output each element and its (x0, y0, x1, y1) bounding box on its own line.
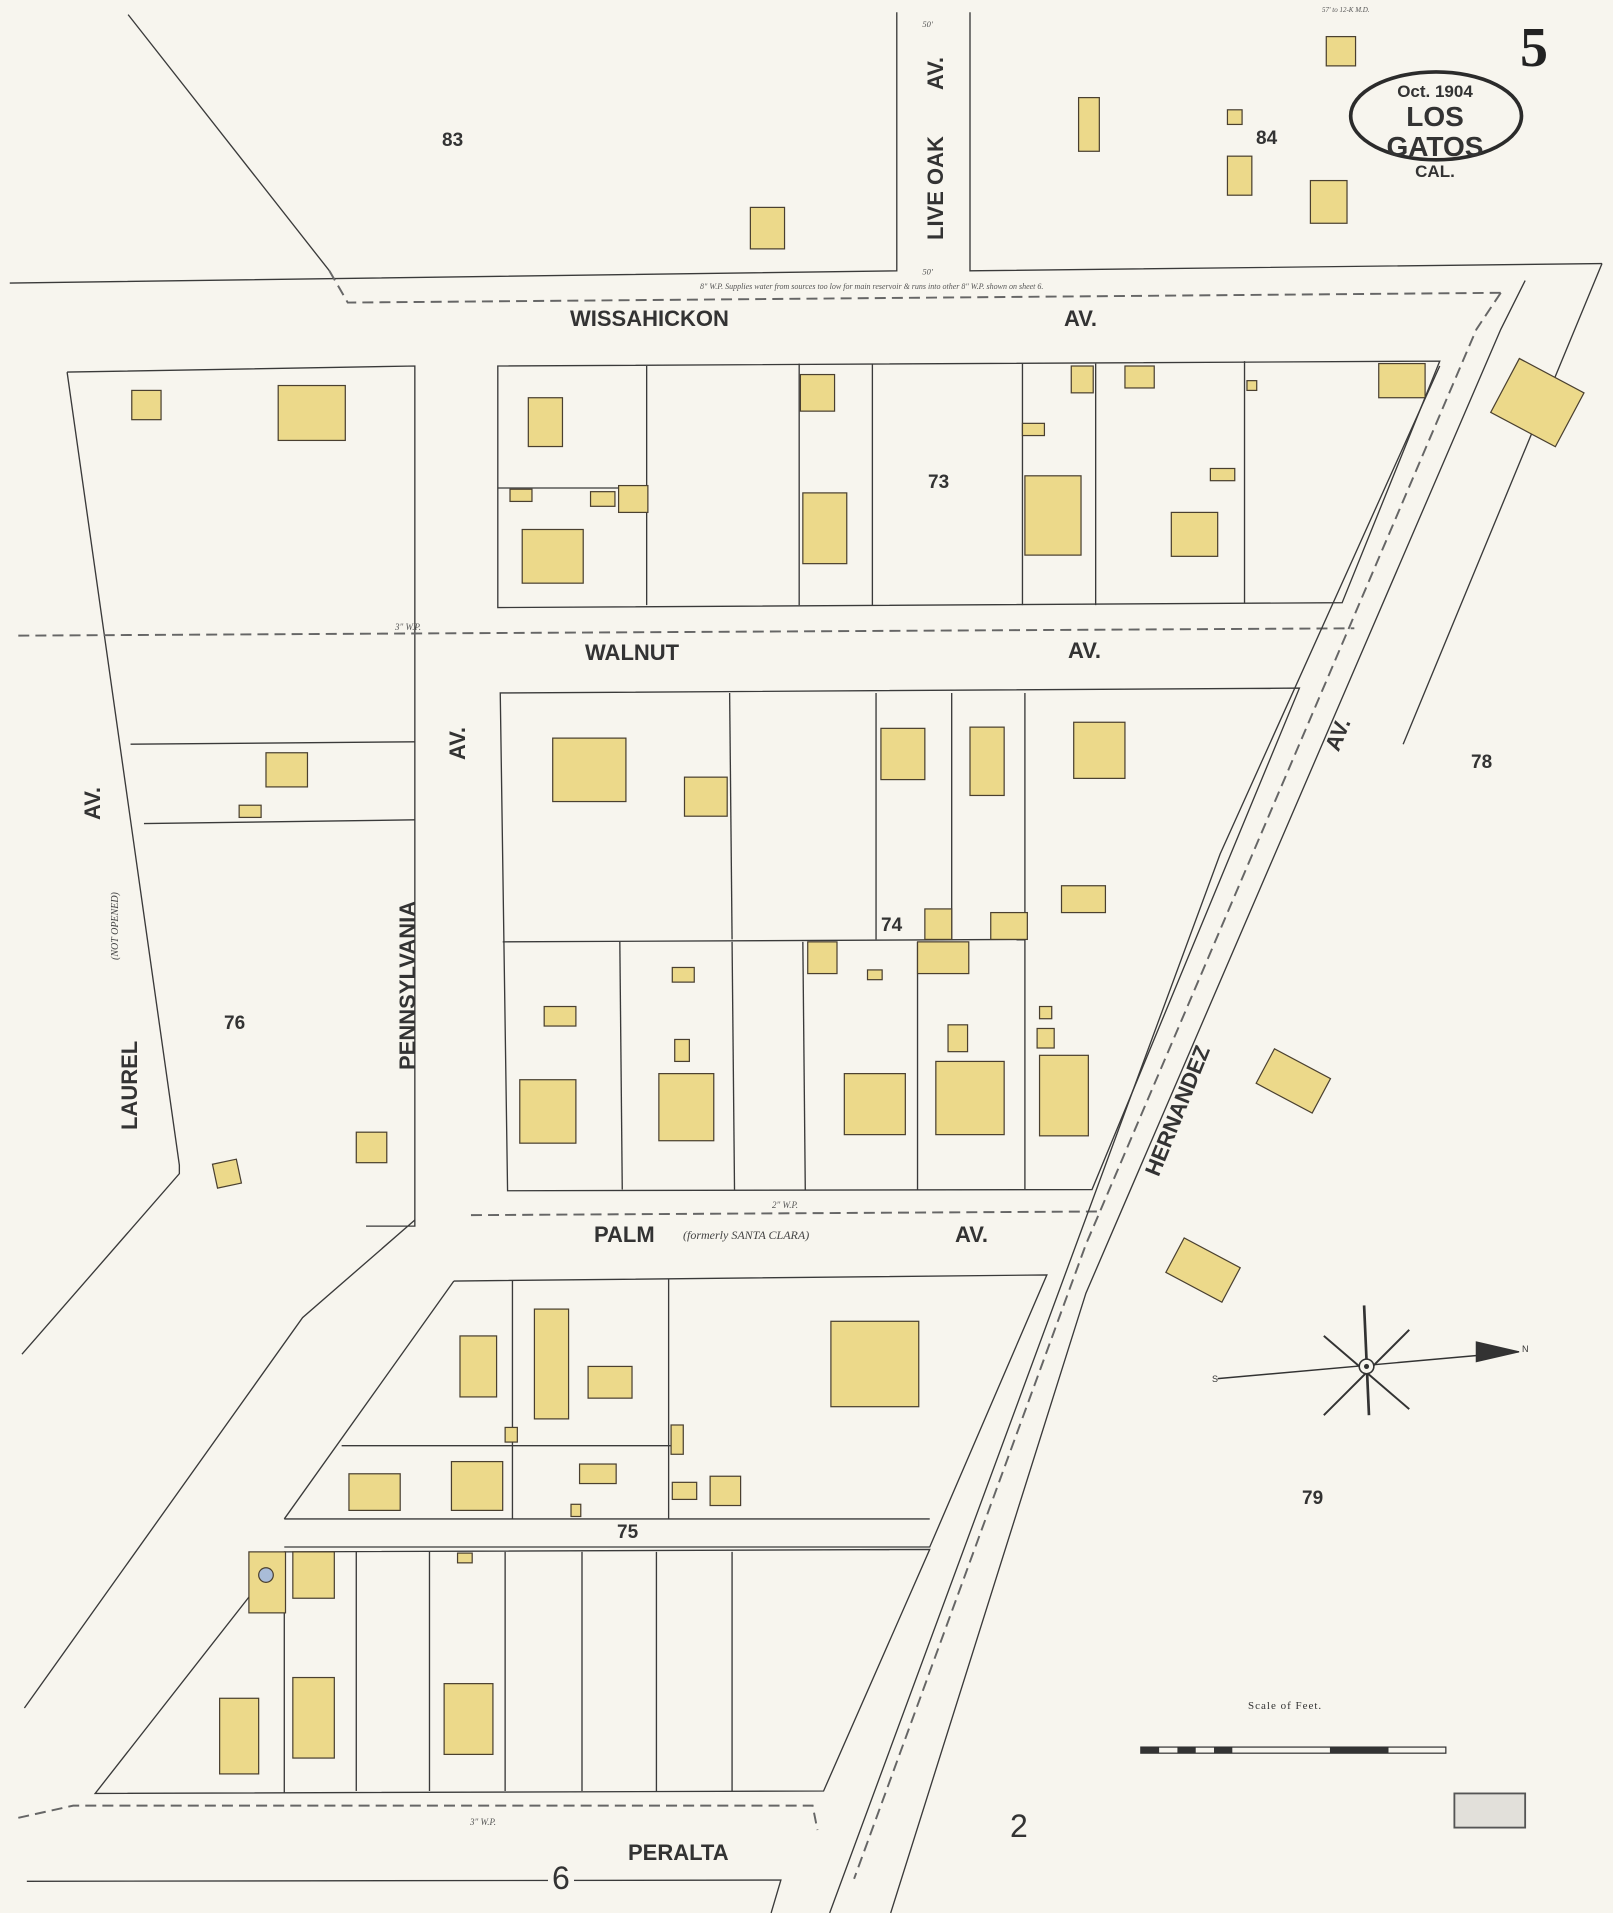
cartouche-city: LOS GATOS (1360, 102, 1510, 162)
street-live-oak-av: AV. (923, 57, 949, 90)
cartouche: Oct. 1904 LOS GATOS CAL. (1360, 82, 1510, 182)
cartouche-state: CAL. (1360, 162, 1510, 182)
block-83: 83 (442, 130, 463, 152)
sanborn-map-sheet: 50' 50' (0, 0, 1613, 1913)
street-laurel: LAUREL (117, 1041, 143, 1130)
street-palm-note: (formerly SANTA CLARA) (683, 1228, 809, 1243)
block-79: 79 (1302, 1488, 1323, 1510)
compass-n: N (1522, 1344, 1529, 1354)
svg-text:50': 50' (922, 19, 933, 29)
street-live-oak: LIVE OAK (923, 136, 949, 240)
adjoining-sheet-east: 2 (1010, 1808, 1028, 1845)
block-75: 75 (617, 1522, 638, 1544)
street-wissahickon: WISSAHICKON (570, 306, 729, 332)
street-wissahickon-av: AV. (1064, 306, 1097, 332)
walnut-pipe-note: 3" W.P. (395, 622, 421, 632)
palm-pipe-note: 2" W.P. (772, 1200, 798, 1210)
street-peralta: PERALTA (628, 1840, 729, 1866)
street-palm: PALM (594, 1222, 655, 1248)
block-78: 78 (1471, 752, 1492, 774)
street-laurel-note: (NOT OPENED) (110, 892, 121, 960)
block-84: 84 (1256, 128, 1277, 150)
street-pennsylvania: PENNSYLVANIA (395, 901, 421, 1070)
svg-text:50': 50' (922, 267, 933, 277)
street-walnut: WALNUT (585, 640, 679, 666)
block-73: 73 (928, 472, 949, 494)
street-pennsylvania-av: AV. (445, 727, 471, 760)
street-laurel-av: AV. (80, 787, 106, 820)
scale-title: Scale of Feet. (1248, 1700, 1322, 1712)
street-walnut-av: AV. (1068, 638, 1101, 664)
block-74: 74 (881, 915, 902, 937)
water-main-note: 8" W.P. Supplies water from sources too … (700, 282, 1043, 291)
cartouche-date: Oct. 1904 (1360, 82, 1510, 102)
peralta-pipe-note: 3" W.P. (470, 1817, 496, 1827)
block-76: 76 (224, 1013, 245, 1035)
top-right-note: 57' to 12-K M.D. (1322, 6, 1370, 14)
adjoining-sheet-south: 6 (548, 1860, 574, 1897)
street-palm-av: AV. (955, 1222, 988, 1248)
sheet-number: 5 (1520, 16, 1548, 80)
compass-s: S (1212, 1374, 1218, 1384)
